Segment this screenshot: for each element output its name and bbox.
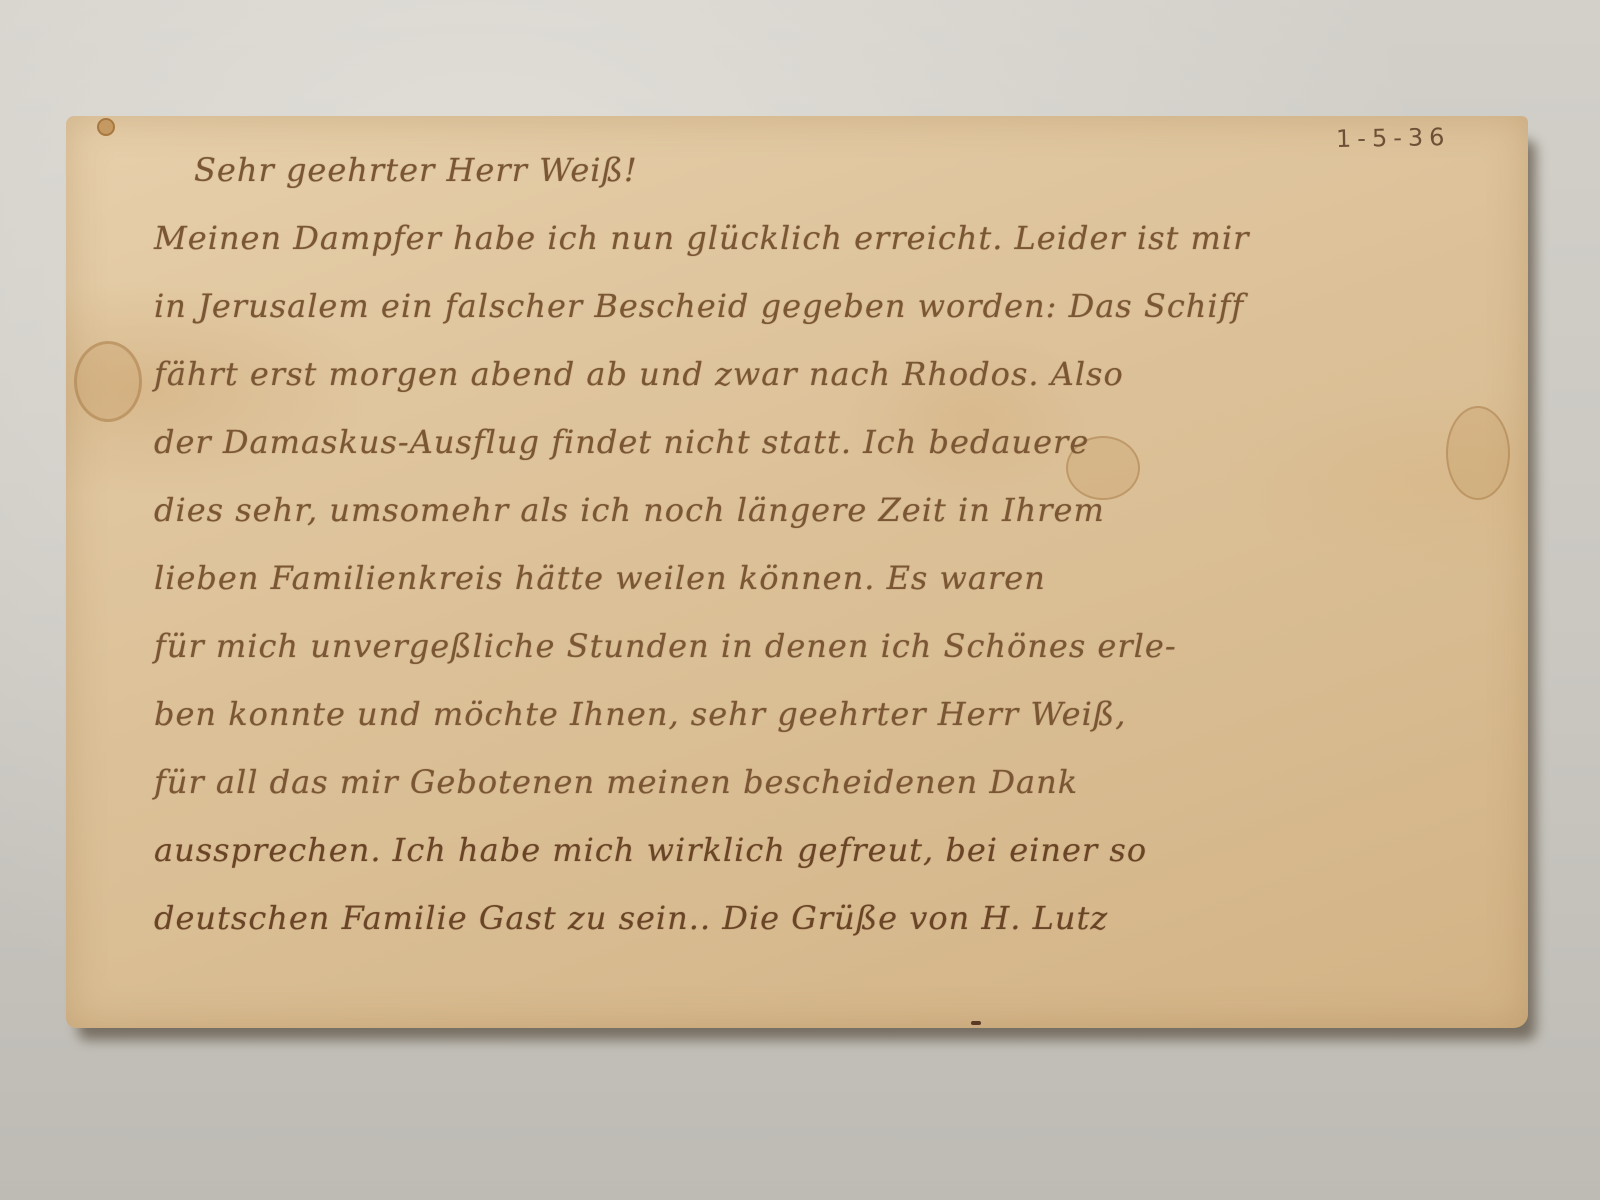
salutation: Sehr geehrter Herr Weiß! [154,136,1504,204]
letter-line: für mich unvergeßliche Stunden in denen … [154,612,1504,680]
letter-line: aussprechen. Ich habe mich wirklich gefr… [154,816,1504,884]
letter-line: fährt erst morgen abend ab und zwar nach… [154,340,1504,408]
handwritten-letter: Sehr geehrter Herr Weiß! Meinen Dampfer … [154,136,1504,952]
ink-blot [97,118,115,136]
postcard: 1-5-36 Sehr geehrter Herr Weiß! Meinen D… [66,116,1528,1028]
water-stain-left [74,341,142,422]
letter-line: für all das mir Gebotenen meinen beschei… [154,748,1504,816]
letter-line-signature: deutschen Familie Gast zu sein.. Die Grü… [154,884,1504,952]
letter-line: der Damaskus-Ausflug findet nicht statt.… [154,408,1504,476]
edge-mark [971,1021,981,1025]
letter-line: dies sehr, umsomehr als ich noch längere… [154,476,1504,544]
letter-line: ben konnte und möchte Ihnen, sehr geehrt… [154,680,1504,748]
letter-line: lieben Familienkreis hätte weilen können… [154,544,1504,612]
letter-line: Meinen Dampfer habe ich nun glücklich er… [154,204,1504,272]
letter-line: in Jerusalem ein falscher Bescheid gegeb… [154,272,1504,340]
